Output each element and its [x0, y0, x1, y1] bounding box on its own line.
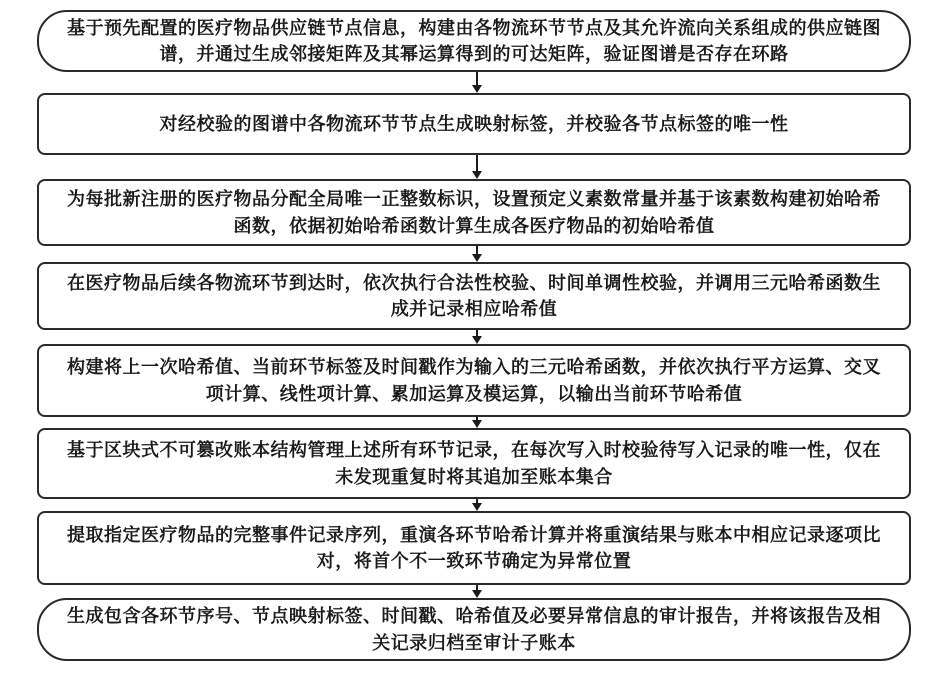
- flow-step-8: 生成包含各环节序号、节点映射标签、时间戳、哈希值及必要异常信息的审计报告，并将该…: [37, 598, 911, 661]
- down-arrow-2: [470, 155, 484, 179]
- flow-step-1-text: 基于预先配置的医疗物品供应链节点信息，构建由各物流环节节点及其允许流向关系组成的…: [65, 15, 883, 67]
- down-arrow-7: [470, 585, 484, 598]
- flow-step-1: 基于预先配置的医疗物品供应链节点信息，构建由各物流环节节点及其允许流向关系组成的…: [37, 10, 911, 72]
- down-arrow-5: [470, 417, 484, 428]
- flow-step-7-text: 提取指定医疗物品的完整事件记录序列，重演各环节哈希计算并将重演结果与账本中相应记…: [65, 522, 883, 574]
- down-arrow-1: [470, 72, 484, 93]
- flowchart-canvas: 基于预先配置的医疗物品供应链节点信息，构建由各物流环节节点及其允许流向关系组成的…: [0, 0, 933, 673]
- flow-step-3-text: 为每批新注册的医疗物品分配全局唯一正整数标识，设置预定义素数常量并基于该素数构建…: [65, 186, 883, 238]
- flow-step-5-text: 构建将上一次哈希值、当前环节标签及时间戳作为输入的三元哈希函数，并依次执行平方运…: [65, 354, 883, 406]
- flow-step-4-text: 在医疗物品后续各物流环节到达时，依次执行合法性校验、时间单调性校验，并调用三元哈…: [65, 270, 883, 322]
- down-arrow-6: [470, 499, 484, 511]
- down-arrow-4: [470, 330, 484, 344]
- down-arrow-3: [470, 246, 484, 262]
- flow-step-2-text: 对经校验的图谱中各物流环节节点生成映射标签，并校验各节点标签的唯一性: [65, 111, 883, 137]
- flow-step-8-text: 生成包含各环节序号、节点映射标签、时间戳、哈希值及必要异常信息的审计报告，并将该…: [65, 603, 883, 655]
- flow-step-2: 对经校验的图谱中各物流环节节点生成映射标签，并校验各节点标签的唯一性: [37, 93, 911, 155]
- flow-step-3: 为每批新注册的医疗物品分配全局唯一正整数标识，设置预定义素数常量并基于该素数构建…: [37, 179, 911, 246]
- flow-step-7: 提取指定医疗物品的完整事件记录序列，重演各环节哈希计算并将重演结果与账本中相应记…: [37, 511, 911, 585]
- flow-step-6: 基于区块式不可篡改账本结构管理上述所有环节记录，在每次写入时校验待写入记录的唯一…: [37, 428, 911, 499]
- flow-step-6-text: 基于区块式不可篡改账本结构管理上述所有环节记录，在每次写入时校验待写入记录的唯一…: [65, 437, 883, 489]
- flow-step-4: 在医疗物品后续各物流环节到达时，依次执行合法性校验、时间单调性校验，并调用三元哈…: [37, 262, 911, 330]
- flow-step-5: 构建将上一次哈希值、当前环节标签及时间戳作为输入的三元哈希函数，并依次执行平方运…: [37, 344, 911, 417]
